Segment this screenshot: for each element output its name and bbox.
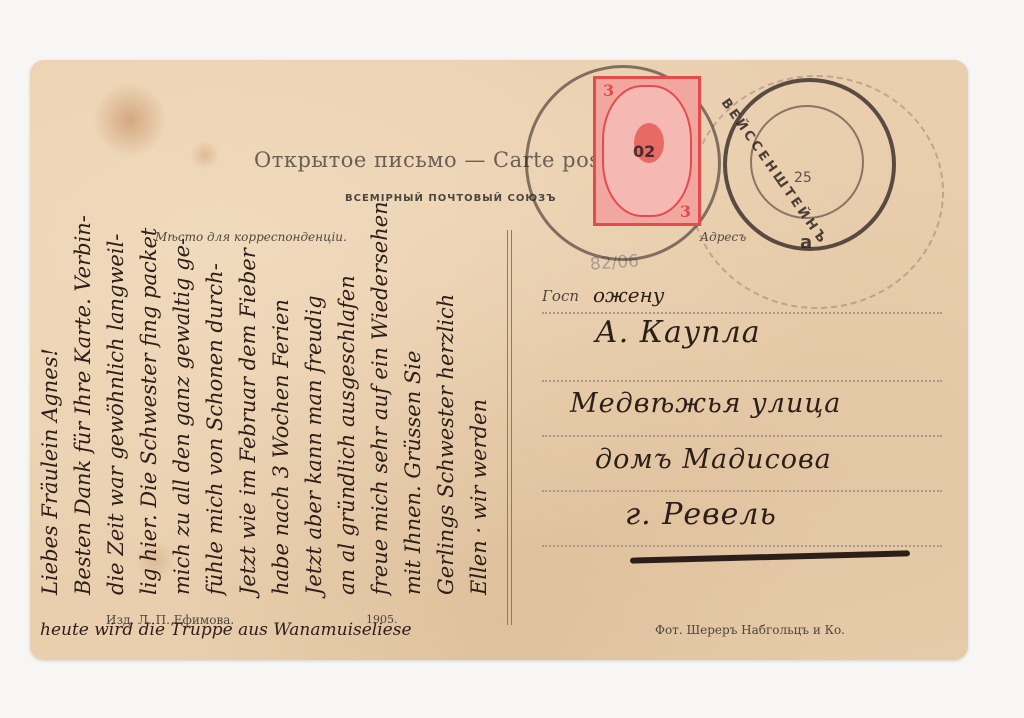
letter-line: fühle mich von Schonen durch- xyxy=(203,263,227,595)
letter-line: Jetzt aber kann man freudig xyxy=(302,295,326,595)
letter-line: habe nach 3 Wochen Ferien xyxy=(269,299,293,595)
address-dotted-line xyxy=(542,435,942,437)
postmark-letter: а xyxy=(800,232,812,253)
address-underline-stroke xyxy=(630,550,910,563)
postmark-date: 25 xyxy=(794,170,812,186)
postcard: Открытое письмо — Carte postale ВСЕМІРНЫ… xyxy=(30,60,968,660)
photo-credit: Фот. Шереръ Набгольцъ и Ко. xyxy=(655,623,845,637)
address-dotted-line xyxy=(542,380,942,382)
letter-line: Jetzt wie im Februar dem Fieber xyxy=(236,248,260,595)
stamp-postmark-date: 02 xyxy=(633,142,655,161)
letter-bottom-line: heute wird die Truppe aus Wanamuiseliese xyxy=(40,620,412,640)
letter-line: mit Ihnen. Grüssen Sie xyxy=(401,351,425,595)
letter-line: lig hier. Die Schwester fing packet xyxy=(137,228,161,595)
letter-line: die Zeit war gewöhnlich langweil- xyxy=(104,234,128,595)
recipient-salutation: ожену xyxy=(593,283,664,307)
center-divider xyxy=(507,230,512,625)
stain xyxy=(190,140,220,170)
recipient-city: г. Ревель xyxy=(625,497,777,532)
address-dotted-line xyxy=(542,490,942,492)
recipient-street: Медвѣжья улица xyxy=(570,388,841,419)
letter-line: freue mich sehr auf ein Wiedersehen xyxy=(368,201,392,595)
recipient-prefix: Госп xyxy=(542,287,579,305)
stamp-denomination: 3 xyxy=(603,81,614,100)
letter-line: Liebes Fräulein Agnes! xyxy=(38,348,62,595)
address-dotted-line xyxy=(542,312,942,314)
address-dotted-line xyxy=(542,545,942,547)
letter-line: Gerlings Schwester herzlich xyxy=(434,294,458,595)
letter-line: an al gründlich ausgeschlafen xyxy=(335,275,359,595)
stain xyxy=(95,80,165,160)
recipient-name: А. Каупла xyxy=(595,315,761,350)
letter-line: Besten Dank für Ihre Karte. Verbin- xyxy=(71,215,95,595)
stamp-denomination: 3 xyxy=(680,202,691,221)
recipient-house: домъ Мадисова xyxy=(595,444,832,475)
letter-line: Ellen · wir werden xyxy=(467,399,491,595)
letter-line: mich zu all den ganz gewaltig ge- xyxy=(170,238,194,595)
